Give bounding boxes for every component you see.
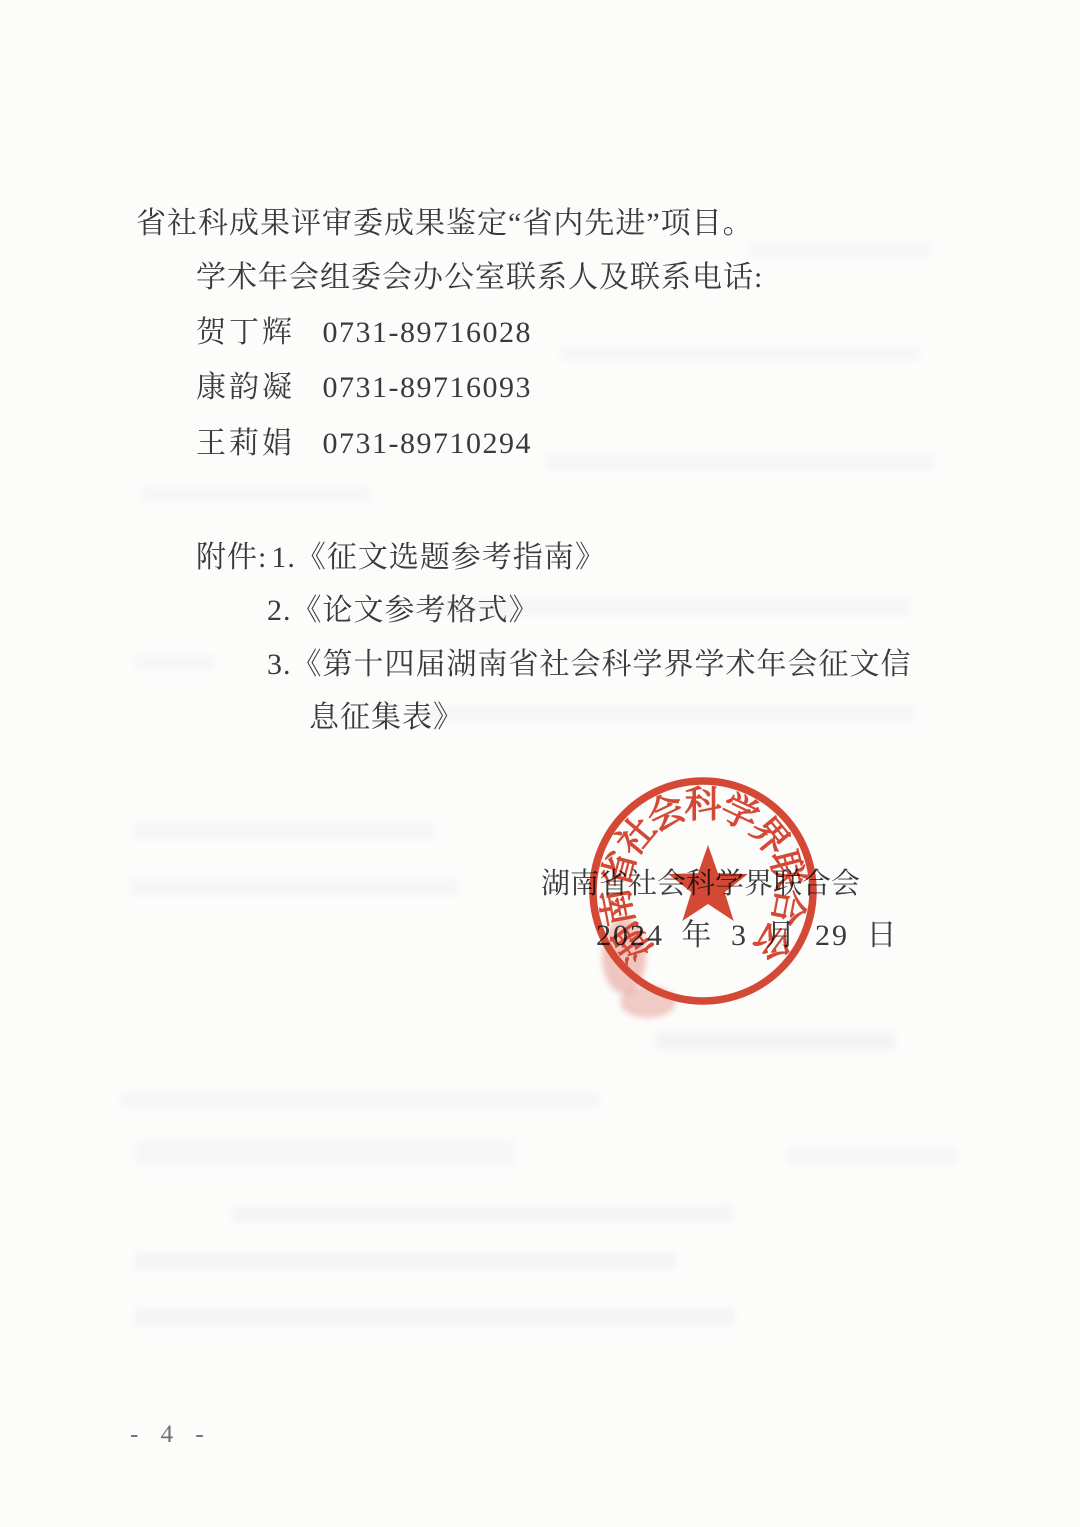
seal-overstamp-smudge (620, 986, 676, 1018)
contact-name: 康韵凝 (196, 370, 314, 406)
bleed-through-smudge (232, 1205, 732, 1223)
bleed-through-smudge (135, 1308, 735, 1326)
attachment-item-1: 1.《征文选题参考指南》 (271, 541, 606, 574)
page-number: - 4 - (130, 1417, 212, 1453)
bleed-through-smudge (130, 878, 460, 896)
attachments-label: 附件: (196, 541, 267, 574)
contact-phone: 0731-89716093 (323, 371, 533, 404)
attachment-item-3: 3.《第十四届湖南省社会科学界学术年会征文信 (267, 647, 912, 683)
official-seal-stamp: 湖南省社会科学界联合会 (556, 744, 850, 1038)
attachments-row: 附件:1.《征文选题参考指南》 (196, 540, 606, 576)
bleed-through-smudge (545, 455, 935, 471)
contact-phone: 0731-89710294 (323, 427, 533, 460)
contact-phone: 0731-89716028 (323, 316, 533, 349)
contact-row: 康韵凝 0731-89716093 (196, 370, 532, 406)
bleed-through-smudge (135, 1140, 515, 1166)
seal-overstamp-smudge (602, 918, 646, 994)
seal-star-icon (668, 845, 748, 921)
contact-name: 贺丁辉 (196, 315, 314, 351)
bleed-through-smudge (560, 345, 920, 361)
bleed-through-smudge (120, 1092, 600, 1108)
contact-row: 贺丁辉 0731-89716028 (196, 315, 532, 351)
attachment-item-2: 2.《论文参考格式》 (267, 593, 540, 629)
contact-name: 王莉娟 (196, 426, 314, 462)
scanned-document-page: 省社科成果评审委成果鉴定“省内先进”项目。 学术年会组委会办公室联系人及联系电话… (0, 0, 1080, 1527)
bleed-through-smudge (135, 1252, 675, 1270)
bleed-through-smudge (135, 655, 215, 671)
paragraph-closing-line: 省社科成果评审委成果鉴定“省内先进”项目。 (136, 206, 754, 242)
bleed-through-smudge (135, 822, 435, 840)
contact-row: 王莉娟 0731-89710294 (196, 426, 532, 462)
bleed-through-smudge (750, 242, 930, 258)
attachment-item-3-continued: 息征集表》 (309, 700, 464, 736)
bleed-through-smudge (425, 705, 915, 723)
bleed-through-smudge (140, 487, 370, 503)
contact-heading: 学术年会组委会办公室联系人及联系电话: (196, 260, 763, 296)
bleed-through-smudge (786, 1148, 956, 1164)
